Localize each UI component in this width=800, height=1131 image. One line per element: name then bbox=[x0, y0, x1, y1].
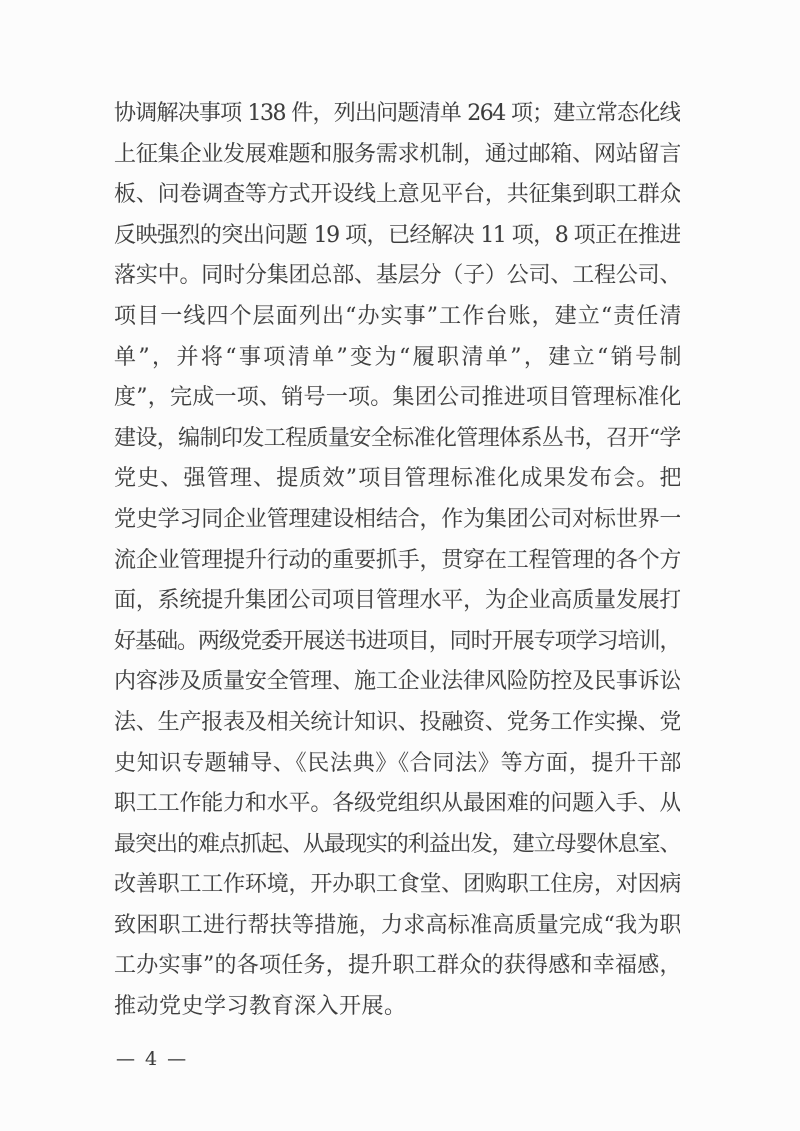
text-line: 建设，编制印发工程质量安全标准化管理体系丛书，召开“学 bbox=[114, 419, 680, 460]
text-line: 内容涉及质量安全管理、施工企业法律风险防控及民事诉讼 bbox=[114, 662, 680, 703]
text-line: 党史、强管理、提质效”项目管理标准化成果发布会。把 bbox=[114, 459, 680, 500]
text-line: 上征集企业发展难题和服务需求机制，通过邮箱、网站留言 bbox=[114, 135, 680, 176]
text-line: 度”，完成一项、销号一项。集团公司推进项目管理标准化 bbox=[114, 378, 680, 419]
text-line: 面，系统提升集团公司项目管理水平，为企业高质量发展打 bbox=[114, 581, 680, 622]
text-line: 板、问卷调查等方式开设线上意见平台，共征集到职工群众 bbox=[114, 175, 680, 216]
text-line: 项目一线四个层面列出“办实事”工作台账，建立“责任清 bbox=[114, 297, 680, 338]
text-line: 致困职工进行帮扶等措施，力求高标准高质量完成“我为职 bbox=[114, 906, 680, 947]
document-page: 协调解决事项 138 件，列出问题清单 264 项；建立常态化线上征集企业发展难… bbox=[0, 0, 800, 1131]
text-line: 法、生产报表及相关统计知识、投融资、党务工作实操、党 bbox=[114, 703, 680, 744]
text-line: 协调解决事项 138 件，列出问题清单 264 项；建立常态化线 bbox=[114, 94, 680, 135]
text-line: 工办实事”的各项任务，提升职工群众的获得感和幸福感， bbox=[114, 946, 680, 987]
text-line: 改善职工工作环境，开办职工食堂、团购职工住房，对因病 bbox=[114, 865, 680, 906]
text-line: 反映强烈的突出问题 19 项，已经解决 11 项，8 项正在推进 bbox=[114, 216, 680, 257]
text-line: 史知识专题辅导、《民法典》《合同法》等方面，提升干部 bbox=[114, 744, 680, 785]
text-line: 落实中。同时分集团总部、基层分（子）公司、工程公司、 bbox=[114, 256, 680, 297]
text-line: 党史学习同企业管理建设相结合，作为集团公司对标世界一 bbox=[114, 500, 680, 541]
text-line: 职工工作能力和水平。各级党组织从最困难的问题入手、从 bbox=[114, 784, 680, 825]
text-line: 流企业管理提升行动的重要抓手，贯穿在工程管理的各个方 bbox=[114, 541, 680, 582]
text-line: 推动党史学习教育深入开展。 bbox=[114, 987, 680, 1028]
body-text: 协调解决事项 138 件，列出问题清单 264 项；建立常态化线上征集企业发展难… bbox=[114, 94, 680, 1028]
text-line: 最突出的难点抓起、从最现实的利益出发，建立母婴休息室、 bbox=[114, 825, 680, 866]
text-line: 单”，并将“事项清单”变为“履职清单”，建立“销号制 bbox=[114, 338, 680, 379]
page-number: — 4 — bbox=[116, 1046, 188, 1072]
text-line: 好基础。两级党委开展送书进项目，同时开展专项学习培训， bbox=[114, 622, 680, 663]
